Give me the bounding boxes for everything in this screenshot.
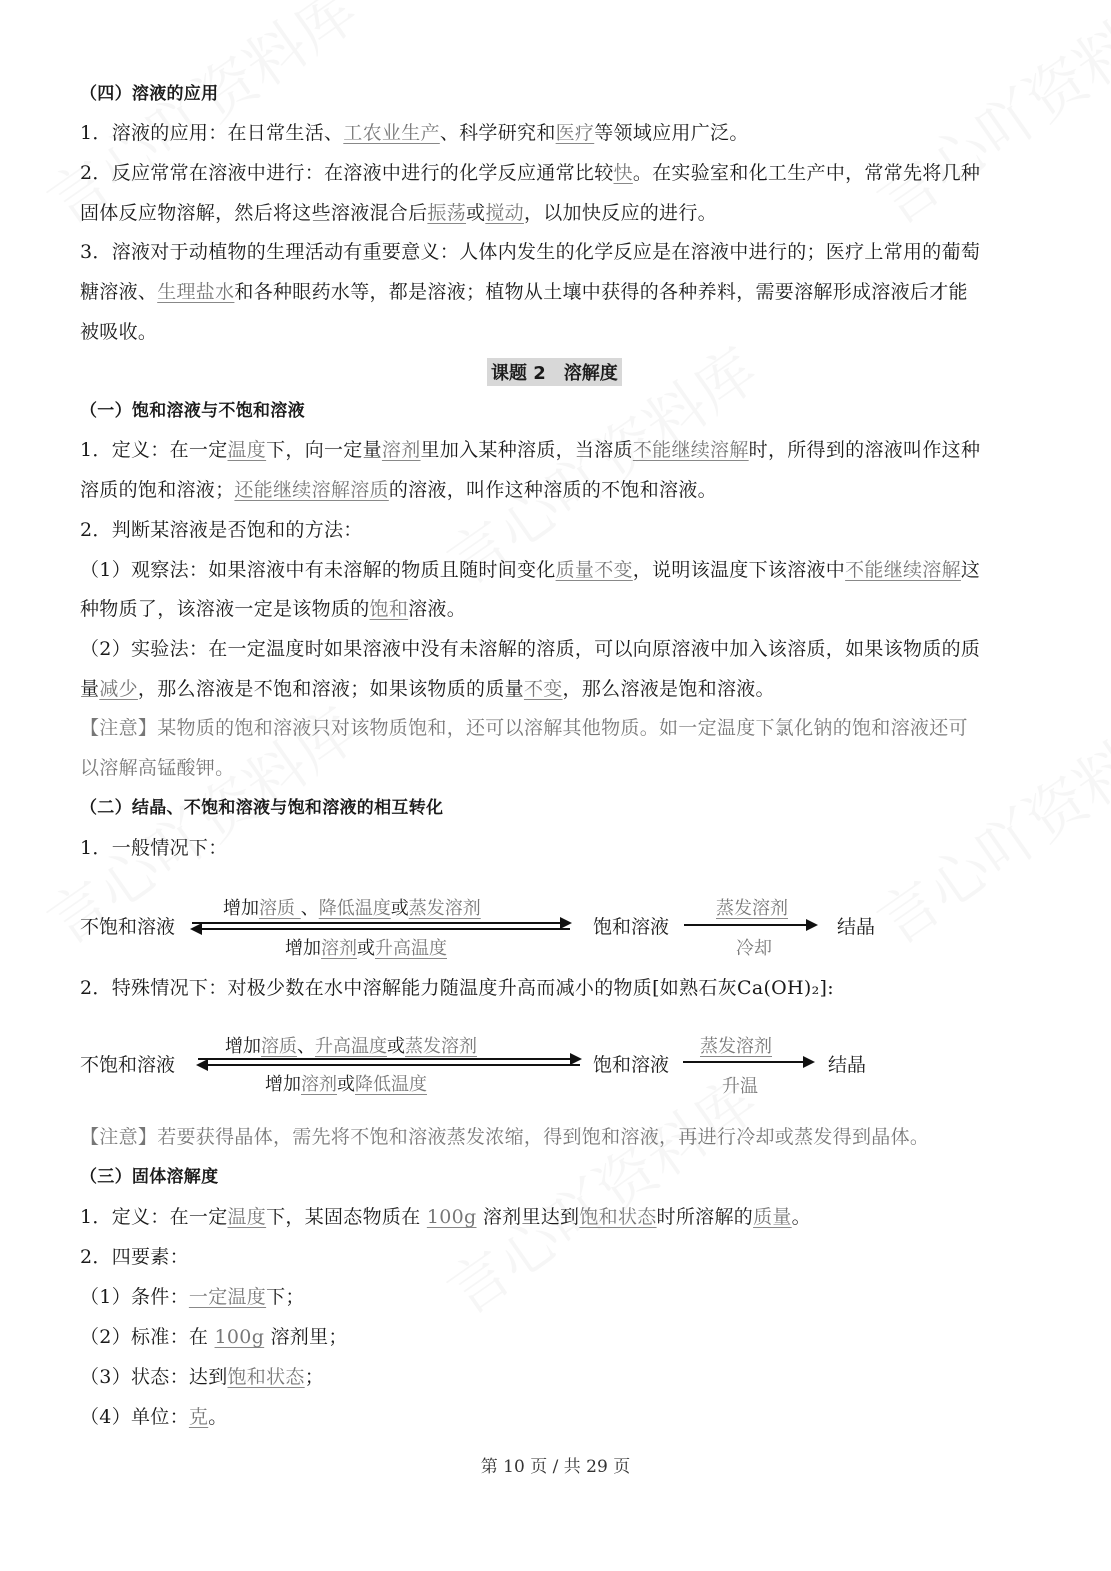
section-heading: （三）固体溶解度 [80,1165,218,1189]
node-unsaturated: 不饱和溶液 [80,1050,175,1077]
arrow-left-icon [192,928,570,930]
paragraph: 种物质了，该溶液一定是该物质的饱和溶液。 [80,597,466,621]
arrow-right-icon [683,1061,813,1063]
arrow-label-top: 蒸发溶剂 [700,1032,772,1058]
section-heading: （一）饱和溶液与不饱和溶液 [80,399,305,423]
note: 以溶解高锰酸钾。 [80,756,234,780]
arrow-label-bottom: 冷却 [736,934,772,960]
arrow-label-top: 蒸发溶剂 [716,894,788,920]
note: 【注意】若要获得晶体，需先将不饱和溶液蒸发浓缩，得到饱和溶液，再进行冷却或蒸发得… [80,1125,929,1149]
paragraph: 2．特殊情况下：对极少数在水中溶解能力随温度升高而减小的物质[如熟石灰Ca(OH… [80,976,834,1000]
paragraph: 被吸收。 [80,320,157,344]
node-saturated: 饱和溶液 [593,912,669,939]
paragraph: 1．定义：在一定温度下，向一定量溶剂里加入某种溶质，当溶质不能继续溶解时，所得到… [80,438,980,462]
arrow-left-icon [198,1064,580,1066]
node-crystal: 结晶 [828,1050,866,1077]
lesson-title: 课题 2 溶解度 [487,358,622,386]
paragraph: 1．一般情况下： [80,836,228,860]
arrow-right-icon [192,922,570,924]
arrow-right-icon [684,924,816,926]
list-item: （3）状态：达到饱和状态； [80,1365,324,1389]
note: 【注意】某物质的饱和溶液只对该物质饱和，还可以溶解其他物质。如一定温度下氯化钠的… [80,716,968,740]
paragraph: （2）实验法：在一定温度时如果溶液中没有未溶解的溶质，可以向原溶液中加入该溶质，… [80,637,980,661]
paragraph: 固体反应物溶解，然后将这些溶液混合后振荡或搅动，以加快反应的进行。 [80,201,717,225]
section-heading: （四）溶液的应用 [80,82,218,106]
list-item: （1）条件：一定温度下； [80,1285,305,1309]
paragraph: 量减少，那么溶液是不饱和溶液；如果该物质的质量不变，那么溶液是饱和溶液。 [80,677,775,701]
arrow-label-bottom: 增加溶剂或降低温度 [265,1070,427,1096]
paragraph: 1．定义：在一定温度下，某固态物质在 100g 溶剂里达到饱和状态时所溶解的质量… [80,1205,811,1229]
document-page: 言心吖资料库 言心吖资料库 言心吖资料库 言心吖资料库 言心吖资料库 言心吖资料… [0,0,1111,1571]
paragraph: （1）观察法：如果溶液中有未溶解的物质且随时间变化质量不变，说明该温度下该溶液中… [80,558,980,582]
paragraph: 3．溶液对于动植物的生理活动有重要意义：人体内发生的化学反应是在溶液中进行的；医… [80,240,980,264]
conversion-diagram-general: 不饱和溶液 增加溶质 、降低温度或蒸发溶剂 增加溶剂或升高温度 饱和溶液 蒸发溶… [80,890,980,970]
list-item: （2）标准：在 100g 溶剂里； [80,1325,348,1349]
arrow-label-top: 增加溶质 、降低温度或蒸发溶剂 [223,894,481,920]
section-heading: （二）结晶、不饱和溶液与饱和溶液的相互转化 [80,796,443,820]
node-saturated: 饱和溶液 [593,1050,669,1077]
arrow-label-bottom: 增加溶剂或升高温度 [285,934,447,960]
watermark: 言心吖资料库 [858,0,1111,241]
node-unsaturated: 不饱和溶液 [80,912,175,939]
conversion-diagram-special: 不饱和溶液 增加溶质、升高温度或蒸发溶剂 增加溶剂或降低温度 饱和溶液 蒸发溶剂… [80,1028,980,1108]
paragraph: 2．四要素： [80,1245,189,1269]
arrow-right-icon [198,1058,580,1060]
list-item: （4）单位：克。 [80,1405,228,1429]
paragraph: 1．溶液的应用：在日常生活、工农业生产、科学研究和医疗等领域应用广泛。 [80,121,749,145]
paragraph: 溶质的饱和溶液；还能继续溶解溶质的溶液，叫作这种溶质的不饱和溶液。 [80,478,717,502]
node-crystal: 结晶 [837,912,875,939]
page-number: 第 10 页 / 共 29 页 [0,1452,1111,1477]
paragraph: 糖溶液、生理盐水和各种眼药水等，都是溶液；植物从土壤中获得的各种养料，需要溶解形… [80,280,968,304]
paragraph: 2．判断某溶液是否饱和的方法： [80,518,363,542]
paragraph: 2．反应常常在溶液中进行：在溶液中进行的化学反应通常比较快。在实验室和化工生产中… [80,161,980,185]
arrow-label-top: 增加溶质、升高温度或蒸发溶剂 [225,1032,477,1058]
arrow-label-bottom: 升温 [722,1072,758,1098]
